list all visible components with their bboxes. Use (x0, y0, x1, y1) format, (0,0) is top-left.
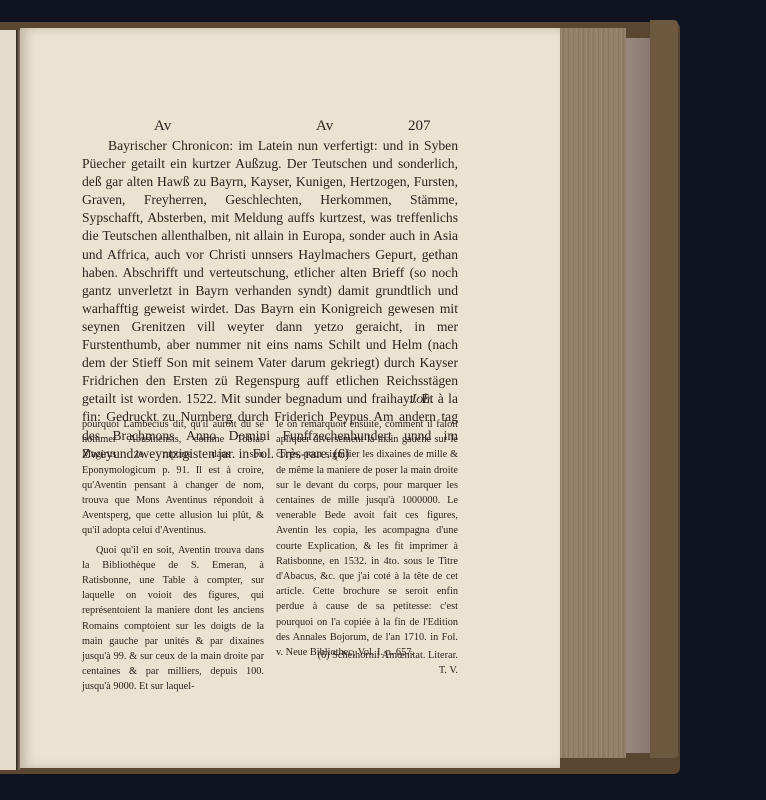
book-page: Av Av 207 Bayrischer Chronicon: im Latei… (20, 28, 560, 768)
right-column: le on remarquoit ensuite, comment il fal… (276, 417, 458, 664)
german-title-block: Bayrischer Chronicon: im Latein nun verf… (82, 137, 458, 463)
running-header: Av Av 207 (20, 118, 560, 138)
left-paragraph-2: Quoi qu'il en soit, Aventin trouva dans … (82, 543, 264, 695)
page-edges-inner (624, 38, 650, 753)
page-edges (560, 28, 626, 758)
left-column: pourquoi Lambecius dit, qu'il auroit dû … (82, 417, 264, 699)
book-cover-edge (650, 20, 678, 758)
left-paragraph-1: pourquoi Lambecius dit, qu'il auroit dû … (82, 417, 264, 539)
page-number: 207 (408, 118, 431, 135)
header-left: Av (154, 118, 171, 135)
right-paragraph-1: le on remarquoit ensuite, comment il fal… (276, 417, 458, 660)
catchword: Joh. (410, 392, 434, 408)
top-paragraph: Bayrischer Chronicon: im Latein nun verf… (82, 137, 458, 463)
header-center: Av (316, 118, 333, 135)
footnote-line-2: T. V. (276, 663, 458, 678)
footnote: (6) Schelhornii Amœnitat. Literar. T. V. (276, 648, 458, 678)
footnote-line-1: (6) Schelhornii Amœnitat. Literar. (276, 648, 458, 663)
